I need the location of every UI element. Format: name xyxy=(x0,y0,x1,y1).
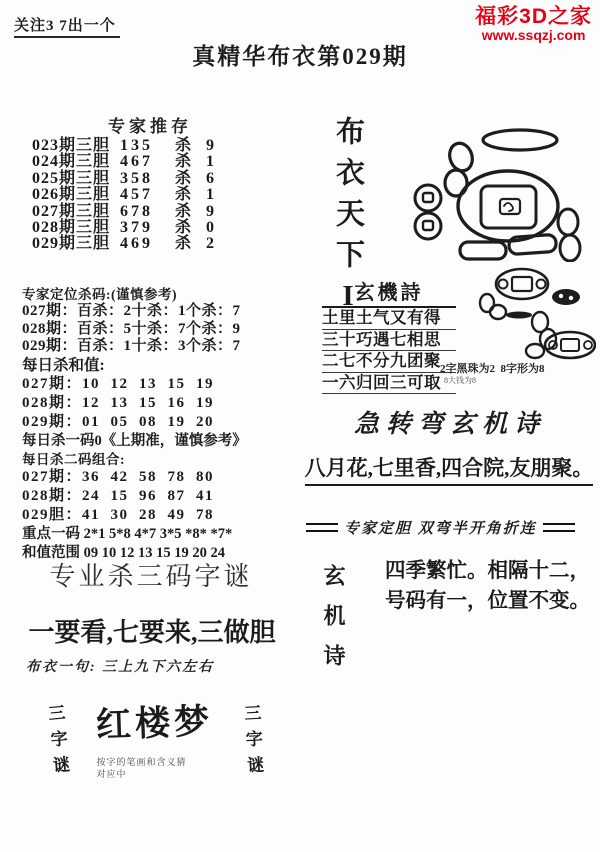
xuanji-text-line-2: 号码有一，位置不变。 xyxy=(385,586,590,616)
xuanji-poem-line: 三十巧遇七相思 xyxy=(322,330,456,352)
hand-drawn-sketch-main xyxy=(408,124,593,262)
position-kill-title: 专家定位杀码:(谨慎参考) xyxy=(22,286,298,303)
daily-kill-two-rows: 027期：36 42 58 78 80028期：24 15 96 87 4102… xyxy=(22,468,298,525)
position-kill-row: 027期：百杀：2十杀：1个杀：7 xyxy=(22,303,298,321)
main-riddle-line: 一要看,七要来,三做胆 xyxy=(12,612,292,649)
xuanji-poem-line: 一六归回三可取 xyxy=(322,373,456,395)
expert-dan-text: 专家定胆 双弯半开角折连 xyxy=(344,517,537,538)
three-char-riddle-answer: 红楼梦 xyxy=(96,694,215,748)
daily-kill-sum-row: 028期：12 13 15 16 19 xyxy=(22,394,298,413)
sketch-caption: 2字黑珠为2 8字形为8 xyxy=(440,360,545,376)
daily-kill-two-row: 029胆：41 30 28 49 78 xyxy=(22,506,298,525)
row-kill-number: 9 xyxy=(206,204,215,220)
expert-recommend-row: 027期三胆 678 杀 9 xyxy=(32,204,282,220)
daily-kill-sum-rows: 027期：10 12 13 15 19028期：12 13 15 16 1902… xyxy=(22,375,298,432)
row-picks: 467 xyxy=(120,154,153,170)
expert-recommend-list: 023期三胆 135 杀 9 024期三胆 467 杀 1 025期三胆 358… xyxy=(32,138,282,253)
analysis-block: 专家定位杀码:(谨慎参考) 027期：百杀：2十杀：1个杀：7028期：百杀：5… xyxy=(22,286,298,563)
xuanji-poem-lines: 土里土气又有得三十巧遇七相思二七不分九团聚一六归回三可取 xyxy=(322,308,456,394)
row-kill-number: 1 xyxy=(206,154,215,170)
row-period: 023期三胆 xyxy=(32,138,110,154)
bottom-xuanji-block: 玄机诗 四季繁忙。相隔十二， 号码有一，位置不变。 xyxy=(318,556,590,684)
row-picks: 678 xyxy=(120,204,153,220)
row-kill-label: 杀 xyxy=(175,204,192,220)
scanned-lottery-sheet: 关注3 7出一个 福彩3D之家 www.ssqzj.com 真精华布衣第029期… xyxy=(0,0,600,852)
row-picks: 135 xyxy=(120,138,153,154)
row-kill-label: 杀 xyxy=(175,138,192,154)
row-period: 029期三胆 xyxy=(32,236,110,252)
row-period: 024期三胆 xyxy=(32,154,110,170)
divider-bar-left xyxy=(306,523,338,532)
kill-three-riddle-title: 专业杀三码字谜 xyxy=(16,556,286,593)
expert-recommend-row: 029期三胆 469 杀 2 xyxy=(32,236,282,252)
daily-kill-two-row: 027期：36 42 58 78 80 xyxy=(22,468,298,487)
row-kill-label: 杀 xyxy=(175,171,192,187)
daily-kill-one: 每日杀一码0《上期准，谨慎参考》 xyxy=(22,432,298,451)
sharp-turn-line: 八月花,七里香,四合院,友朋聚。 xyxy=(305,452,594,486)
row-picks: 358 xyxy=(120,171,153,187)
daily-kill-sum-row: 029期：01 05 08 19 20 xyxy=(22,413,298,432)
row-kill-label: 杀 xyxy=(175,187,192,203)
sketch-caption-2: 8大钱为8 xyxy=(444,375,476,386)
xuanji-vertical-label: 玄机诗 xyxy=(318,564,349,684)
key-one-line: 重点一码 2*1 5*8 4*7 3*5 *8* *7* xyxy=(22,525,298,544)
three-char-riddle: 三字谜 红楼梦 按字的笔画和含义猜 对应中 三字谜 xyxy=(20,696,290,782)
note-line-2: 对应中 xyxy=(96,768,213,780)
sharp-turn-title: 急转弯玄机诗 xyxy=(300,404,600,440)
position-kill-rows: 027期：百杀：2十杀：1个杀：7028期：百杀：5十杀：7个杀：9029期：百… xyxy=(22,303,298,356)
row-kill-number: 6 xyxy=(206,171,215,187)
row-period: 027期三胆 xyxy=(32,204,110,220)
expert-recommend-row: 023期三胆 135 杀 9 xyxy=(32,138,282,154)
expert-recommend-row: 024期三胆 467 杀 1 xyxy=(32,154,282,170)
position-kill-row: 028期：百杀：5十杀：7个杀：9 xyxy=(22,321,298,339)
row-period: 026期三胆 xyxy=(32,187,110,203)
three-char-riddle-label-left: 三字谜 xyxy=(42,703,74,783)
divider-bar-right xyxy=(543,523,575,532)
xuanji-poem-line: 土里土气又有得 xyxy=(322,308,456,330)
xuanji-poem-line: 二七不分九团聚 xyxy=(322,351,456,373)
row-kill-label: 杀 xyxy=(175,236,192,252)
expert-recommend-row: 025期三胆 358 杀 6 xyxy=(32,171,282,187)
row-kill-label: 杀 xyxy=(175,220,192,236)
daily-kill-sum-title: 每日杀和值: xyxy=(22,356,298,375)
watch-note: 关注3 7出一个 xyxy=(14,14,120,38)
expert-recommend-row: 028期三胆 379 杀 0 xyxy=(32,220,282,236)
note-line-1: 按字的笔画和含义猜 xyxy=(96,756,213,768)
row-picks: 469 xyxy=(120,236,153,252)
page-title: 真精华布衣第029期 xyxy=(0,38,600,71)
row-picks: 379 xyxy=(120,220,153,236)
row-period: 028期三胆 xyxy=(32,220,110,236)
buyi-sentence: 布衣一句: 三上九下六左右 xyxy=(26,656,214,676)
three-char-riddle-label-right: 三字谜 xyxy=(237,703,266,782)
expert-recommend-row: 026期三胆 457 杀 1 xyxy=(32,187,282,203)
row-picks: 457 xyxy=(120,187,153,203)
three-char-riddle-center: 红楼梦 按字的笔画和含义猜 对应中 xyxy=(96,696,213,780)
hand-drawn-sketch-chain xyxy=(478,264,596,360)
row-kill-number: 2 xyxy=(206,236,215,252)
expert-dan-divider: 专家定胆 双弯半开角折连 xyxy=(306,517,594,538)
brand-name: 福彩3D之家 xyxy=(475,6,592,28)
daily-kill-two-row: 028期：24 15 96 87 41 xyxy=(22,487,298,506)
row-kill-number: 0 xyxy=(206,220,215,236)
xuanji-poem: 玄機詩 土里土气又有得三十巧遇七相思二七不分九团聚一六归回三可取 xyxy=(322,276,456,394)
xuanji-text-line-1: 四季繁忙。相隔十二， xyxy=(385,556,590,586)
daily-kill-two-title: 每日杀二码组合: xyxy=(22,451,298,468)
row-period: 025期三胆 xyxy=(32,171,110,187)
three-char-riddle-note: 按字的笔画和含义猜 对应中 xyxy=(96,756,213,780)
row-kill-number: 1 xyxy=(206,187,215,203)
position-kill-row: 029期：百杀：1十杀：3个杀：7 xyxy=(22,338,298,356)
row-kill-label: 杀 xyxy=(175,154,192,170)
expert-recommend-title: 专家推存 xyxy=(20,112,280,137)
xuanji-text: 四季繁忙。相隔十二， 号码有一，位置不变。 xyxy=(385,556,590,616)
daily-kill-sum-row: 027期：10 12 13 15 19 xyxy=(22,375,298,394)
sharp-turn-line-wrap: 八月花,七里香,四合院,友朋聚。 xyxy=(298,452,600,486)
row-kill-number: 9 xyxy=(206,138,215,154)
xuanji-poem-title: 玄機詩 xyxy=(322,276,456,308)
